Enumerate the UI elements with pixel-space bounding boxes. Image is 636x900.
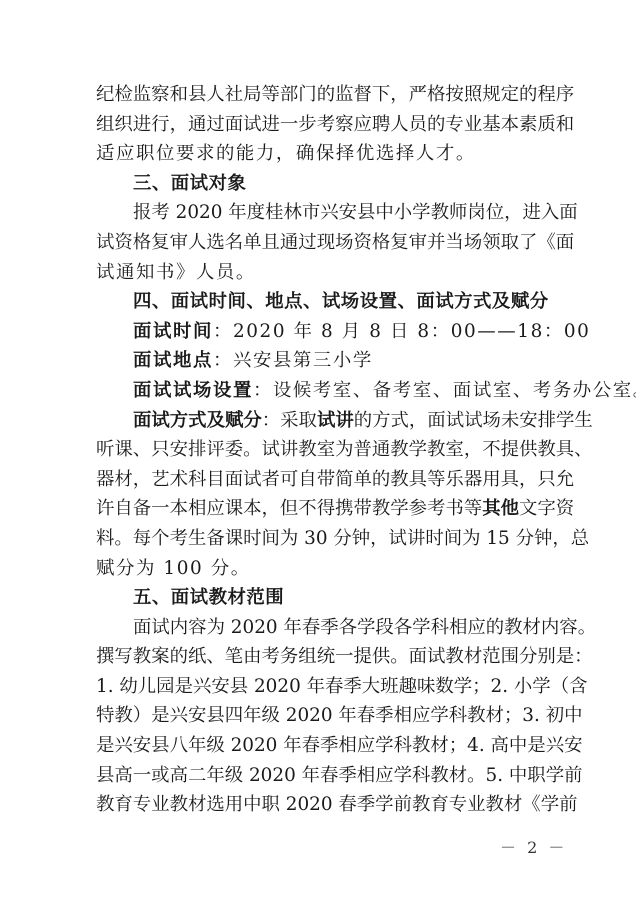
paragraph-line: 听课、只安排评委。试讲教室为普通教学教室，不提供教具、 bbox=[96, 435, 544, 465]
method-text: 许自备一本相应课本，但不得携带教学参考书等 bbox=[96, 498, 482, 519]
method-bold-other: 其他 bbox=[482, 498, 519, 519]
time-label: 面试时间 bbox=[133, 321, 213, 342]
interview-rooms: 面试试场设置：设候考室、备考室、面试室、考务办公室。 bbox=[96, 376, 544, 406]
interview-place: 面试地点：兴安县第三小学 bbox=[96, 346, 544, 376]
paragraph-line: 教育专业教材选用中职 2020 春季学前教育专业教材《学前 bbox=[96, 790, 544, 820]
method-text: 的方式，面试试场未安排学生 bbox=[354, 410, 593, 431]
paragraph-line: 料。每个考生备课时间为 30 分钟，试讲时间为 15 分钟，总 bbox=[96, 524, 544, 554]
place-label: 面试地点 bbox=[133, 350, 213, 371]
paragraph-line: 面试内容为 2020 年春季各学段各学科相应的教材内容。 bbox=[96, 613, 544, 643]
paragraph-line: 试通知书》人员。 bbox=[96, 258, 544, 288]
place-value: ：兴安县第三小学 bbox=[213, 350, 373, 371]
paragraph-line: 试资格复审人选名单且通过现场资格复审并当场领取了《面 bbox=[96, 228, 544, 258]
paragraph-line: 许自备一本相应课本，但不得携带教学参考书等其他文字资 bbox=[96, 494, 544, 524]
page-number: － 2 － bbox=[500, 835, 567, 858]
method-label: 面试方式及赋分 bbox=[133, 410, 262, 431]
room-label: 面试试场设置 bbox=[133, 380, 253, 401]
paragraph-line: 撰写教案的纸、笔由考务组统一提供。面试教材范围分别是： bbox=[96, 642, 544, 672]
paragraph-line: 报考 2020 年度桂林市兴安县中小学教师岗位，进入面 bbox=[96, 198, 544, 228]
document-page: 纪检监察和县人社局等部门的监督下，严格按照规定的程序 组织进行，通过面试进一步考… bbox=[96, 80, 544, 820]
interview-method: 面试方式及赋分：采取试讲的方式，面试试场未安排学生 bbox=[96, 406, 544, 436]
paragraph-line: 县高一或高二年级 2020 年春季相应学科教材。5. 中职学前 bbox=[96, 761, 544, 791]
paragraph-line: 赋分为 100 分。 bbox=[96, 554, 544, 584]
method-text: 文字资 bbox=[519, 498, 574, 519]
paragraph-line: 纪检监察和县人社局等部门的监督下，严格按照规定的程序 bbox=[96, 80, 544, 110]
paragraph-line: 是兴安县八年级 2020 年春季相应学科教材；4. 高中是兴安 bbox=[96, 731, 544, 761]
paragraph-line: 1. 幼儿园是兴安县 2020 年春季大班趣味数学；2. 小学（含 bbox=[96, 672, 544, 702]
section-heading-3: 三、面试对象 bbox=[96, 169, 544, 199]
paragraph-line: 适应职位要求的能力，确保择优选择人才。 bbox=[96, 139, 544, 169]
section-heading-4: 四、面试时间、地点、试场设置、面试方式及赋分 bbox=[96, 287, 544, 317]
room-value: ：设候考室、备考室、面试室、考务办公室。 bbox=[253, 380, 636, 401]
paragraph-line: 组织进行，通过面试进一步考察应聘人员的专业基本素质和 bbox=[96, 110, 544, 140]
section-heading-5: 五、面试教材范围 bbox=[96, 583, 544, 613]
time-value: ：2020 年 8 月 8 日 8：00——18：00 bbox=[213, 321, 591, 342]
interview-time: 面试时间：2020 年 8 月 8 日 8：00——18：00 bbox=[96, 317, 544, 347]
paragraph-line: 特教）是兴安县四年级 2020 年春季相应学科教材；3. 初中 bbox=[96, 701, 544, 731]
method-text: ：采取 bbox=[262, 410, 317, 431]
method-bold: 试讲 bbox=[317, 410, 354, 431]
paragraph-line: 器材，艺术科目面试者可自带简单的教具等乐器用具，只允 bbox=[96, 465, 544, 495]
